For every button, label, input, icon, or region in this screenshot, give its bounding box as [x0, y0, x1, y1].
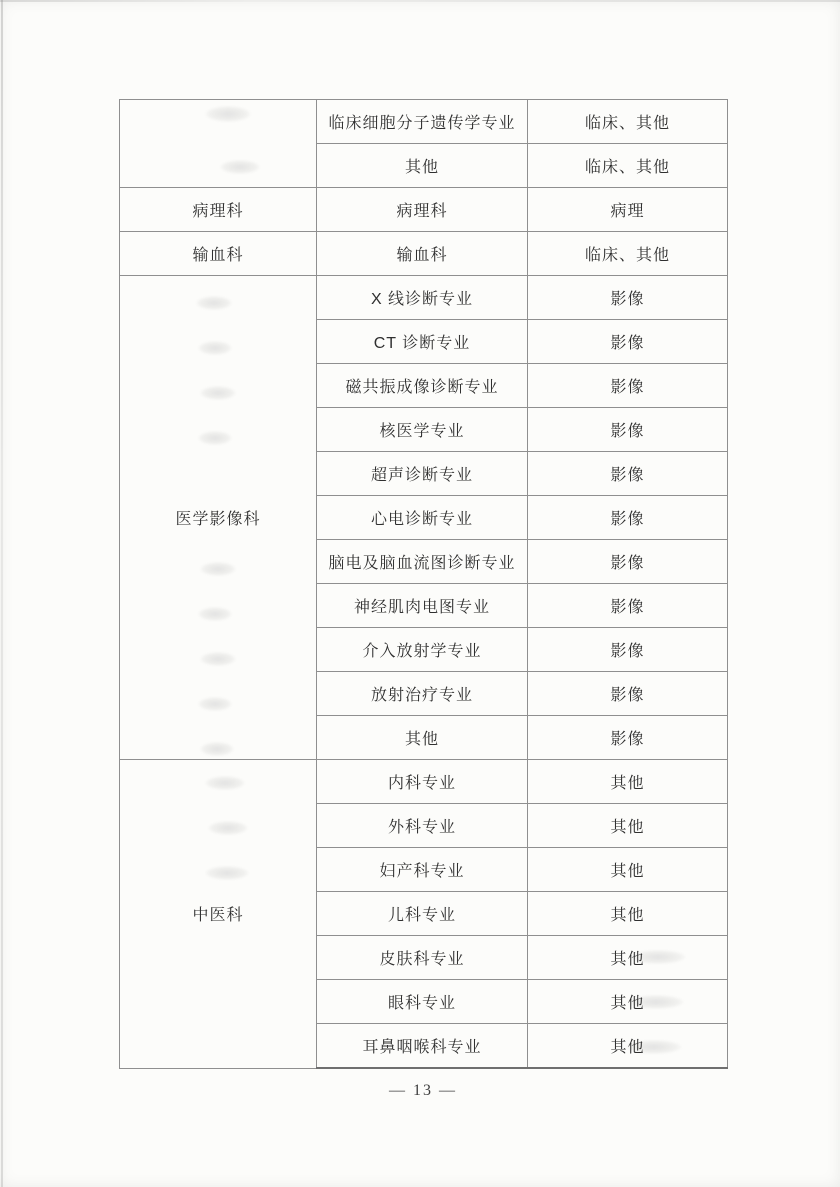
specialty-cell: 眼科专业 — [317, 980, 528, 1024]
category-cell: 影像 — [528, 408, 728, 452]
department-cell: 病理科 — [120, 188, 317, 232]
category-cell: 其他 — [528, 980, 728, 1024]
specialty-cell: 妇产科专业 — [317, 848, 528, 892]
category-cell: 其他 — [528, 936, 728, 980]
category-cell: 其他 — [528, 892, 728, 936]
table-row: 中医科内科专业其他 — [120, 760, 728, 804]
document-page: 临床细胞分子遗传学专业临床、其他其他临床、其他病理科病理科病理输血科输血科临床、… — [0, 0, 840, 1187]
category-cell: 影像 — [528, 452, 728, 496]
category-cell: 其他 — [528, 760, 728, 804]
specialty-cell: 介入放射学专业 — [317, 628, 528, 672]
category-cell: 影像 — [528, 672, 728, 716]
specialty-cell: 耳鼻咽喉科专业 — [317, 1024, 528, 1069]
department-specialty-table: 临床细胞分子遗传学专业临床、其他其他临床、其他病理科病理科病理输血科输血科临床、… — [119, 99, 728, 1069]
category-cell: 影像 — [528, 320, 728, 364]
specialty-cell: 超声诊断专业 — [317, 452, 528, 496]
specialty-cell: 脑电及脑血流图诊断专业 — [317, 540, 528, 584]
category-cell: 其他 — [528, 1024, 728, 1069]
category-cell: 临床、其他 — [528, 232, 728, 276]
scan-edge-top — [0, 0, 840, 2]
specialty-cell: 临床细胞分子遗传学专业 — [317, 100, 528, 144]
specialty-cell: 儿科专业 — [317, 892, 528, 936]
category-cell: 影像 — [528, 584, 728, 628]
table-row: 临床细胞分子遗传学专业临床、其他 — [120, 100, 728, 144]
table-row: 输血科输血科临床、其他 — [120, 232, 728, 276]
category-cell: 影像 — [528, 496, 728, 540]
specialty-cell: 神经肌肉电图专业 — [317, 584, 528, 628]
category-cell: 影像 — [528, 716, 728, 760]
specialty-cell: 其他 — [317, 144, 528, 188]
department-cell: 输血科 — [120, 232, 317, 276]
specialty-cell: X 线诊断专业 — [317, 276, 528, 320]
specialty-cell: 核医学专业 — [317, 408, 528, 452]
specialty-cell: 心电诊断专业 — [317, 496, 528, 540]
specialty-cell: 病理科 — [317, 188, 528, 232]
specialty-cell: 磁共振成像诊断专业 — [317, 364, 528, 408]
category-cell: 影像 — [528, 628, 728, 672]
specialty-cell: 输血科 — [317, 232, 528, 276]
category-cell: 其他 — [528, 804, 728, 848]
category-cell: 临床、其他 — [528, 144, 728, 188]
category-cell: 影像 — [528, 540, 728, 584]
category-cell: 影像 — [528, 364, 728, 408]
category-cell: 其他 — [528, 848, 728, 892]
department-cell — [120, 100, 317, 188]
specialty-cell: 外科专业 — [317, 804, 528, 848]
table-row: 病理科病理科病理 — [120, 188, 728, 232]
table-row: 医学影像科X 线诊断专业影像 — [120, 276, 728, 320]
specialty-cell: 其他 — [317, 716, 528, 760]
specialty-cell: 皮肤科专业 — [317, 936, 528, 980]
category-cell: 临床、其他 — [528, 100, 728, 144]
page-number: — 13 — — [119, 1082, 727, 1100]
department-cell: 医学影像科 — [120, 276, 317, 760]
category-cell: 影像 — [528, 276, 728, 320]
scan-edge-left — [1, 0, 3, 1187]
specialty-cell: 内科专业 — [317, 760, 528, 804]
department-cell: 中医科 — [120, 760, 317, 1069]
specialty-cell: 放射治疗专业 — [317, 672, 528, 716]
category-cell: 病理 — [528, 188, 728, 232]
specialty-cell: CT 诊断专业 — [317, 320, 528, 364]
